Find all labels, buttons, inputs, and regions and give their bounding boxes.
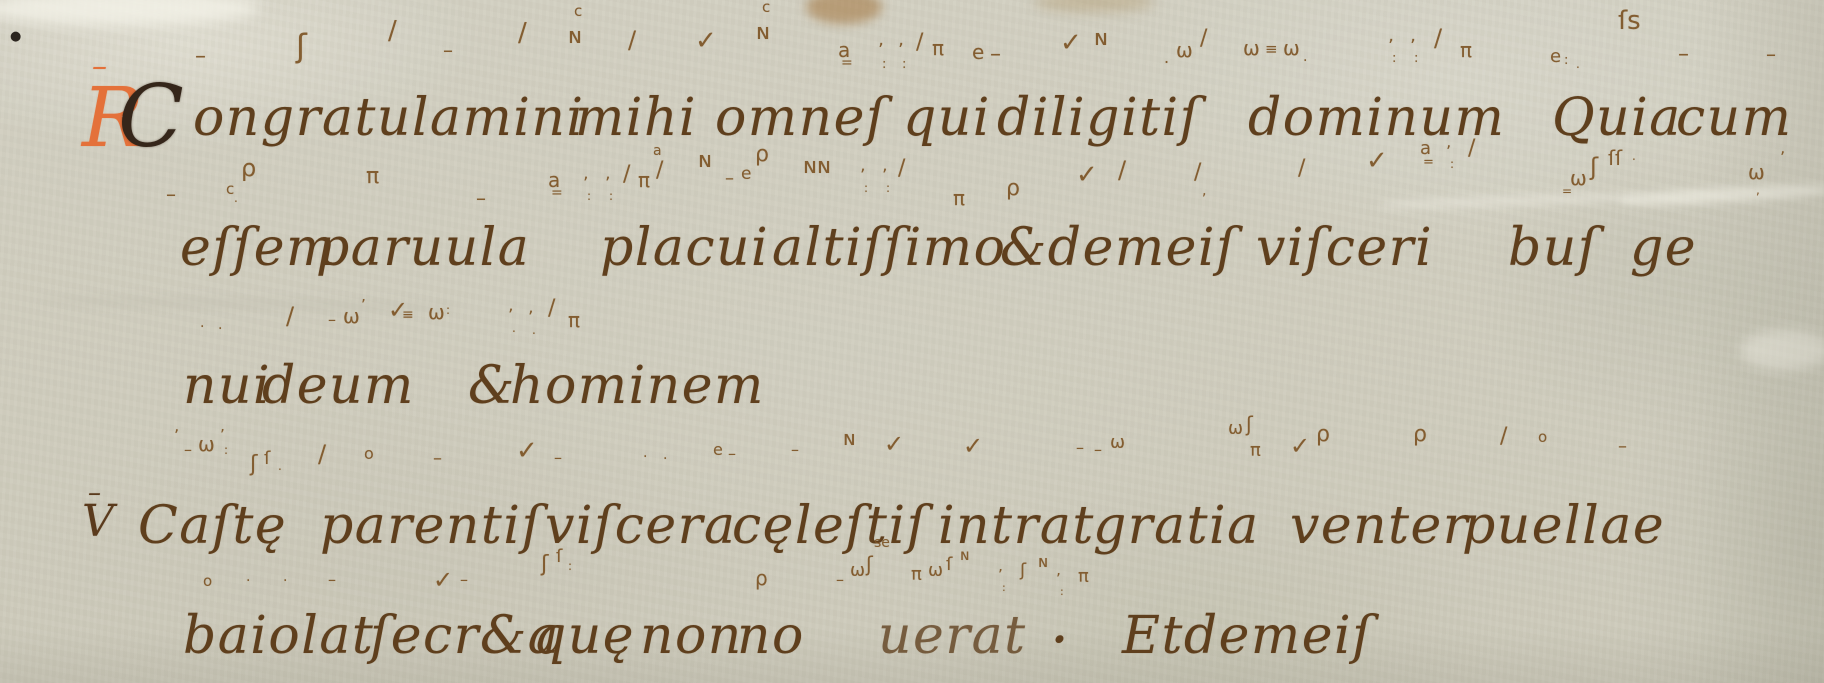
text-word: buſ — [1508, 222, 1599, 274]
neume-glyph: π — [568, 310, 580, 330]
neume-glyph: ✓ — [884, 432, 904, 456]
neume-glyph: c — [762, 0, 770, 15]
neume-glyph: . — [1164, 50, 1169, 66]
text-word: quę — [533, 610, 635, 662]
neume-glyph: – — [476, 188, 486, 208]
neume-glyph: . — [1303, 50, 1307, 64]
neume-glyph: ω — [1243, 38, 1260, 58]
neume-glyph: / — [1468, 138, 1475, 160]
neume-glyph: . — [663, 448, 667, 462]
marker-glyph: V — [82, 500, 115, 544]
neume-glyph: π — [366, 166, 379, 188]
neume-glyph: / — [656, 160, 663, 182]
neume-glyph: / — [1298, 158, 1305, 180]
text-word: dominum — [1248, 92, 1505, 144]
light-glyph: uerat — [878, 610, 1027, 662]
neume-glyph: ✓ — [695, 28, 717, 54]
neume-glyph: ɴ — [960, 548, 970, 563]
neume-glyph: ʃ — [296, 30, 307, 62]
neume-glyph: ρ — [241, 156, 256, 180]
neume-glyph: . — [283, 570, 287, 584]
text-word: mihi — [575, 92, 697, 144]
text-word: cęleſtiſ — [732, 500, 927, 552]
neume-glyph: . — [1576, 58, 1580, 70]
neume-glyph: ʃ — [1590, 155, 1598, 179]
text-word: diligitiſ — [997, 92, 1200, 144]
neume-glyph: : — [1392, 52, 1396, 65]
text-word: viſcera — [545, 500, 737, 552]
neume-glyph: , — [1202, 184, 1206, 198]
text-word: placui — [600, 222, 769, 274]
neume-glyph: ≡ — [1265, 42, 1278, 57]
neume-glyph: e — [713, 442, 723, 458]
white-patch-top-left — [0, 0, 260, 26]
neume-glyph: ʃ — [1246, 414, 1253, 434]
neume-glyph: ρ — [1316, 424, 1330, 446]
faint-stain-top-right — [1034, 0, 1154, 12]
neume-glyph: – — [195, 46, 206, 68]
neume-glyph: ʼ — [220, 428, 225, 443]
text-word: omneſ — [715, 92, 887, 144]
text-word: puellae — [1462, 500, 1665, 552]
neume-glyph: c — [574, 4, 582, 19]
neume-glyph: / — [318, 442, 326, 466]
neume-glyph: : — [1002, 582, 1006, 593]
neume-glyph: ſſ — [1608, 148, 1622, 168]
neume-glyph: ✓ — [1060, 30, 1082, 56]
neume-glyph: / — [898, 158, 905, 180]
text-word: gratia — [1093, 500, 1260, 552]
neume-glyph: – — [1094, 442, 1102, 458]
neume-glyph: . — [643, 446, 647, 460]
neume-glyph: / — [1118, 158, 1126, 182]
neume-glyph: ρ — [1006, 178, 1020, 200]
text-word: viſceri — [1256, 222, 1433, 274]
neume-glyph: – — [725, 170, 734, 188]
neume-glyph: : — [609, 190, 613, 202]
neume-glyph: . — [200, 316, 204, 330]
neume-glyph: e — [1550, 48, 1561, 66]
neume-glyph: – — [791, 442, 799, 458]
neume-glyph: ω — [850, 562, 865, 580]
text-word: cum — [1676, 92, 1792, 144]
neume-glyph: – — [1076, 440, 1084, 456]
neume-glyph: – — [1618, 438, 1627, 456]
neume-glyph: / — [628, 28, 636, 52]
neume-glyph: – — [990, 44, 1001, 66]
text-word: baiolat — [183, 610, 374, 662]
neume-glyph: se — [874, 536, 890, 550]
neume-glyph: : — [224, 444, 228, 456]
initial-glyph: C — [118, 74, 184, 160]
neume-glyph: . — [1632, 150, 1636, 162]
text-word: altiſſimo — [772, 222, 1006, 274]
neume-glyph: π — [638, 170, 650, 190]
neume-glyph: / — [518, 20, 527, 46]
neume-glyph: / — [1194, 162, 1201, 184]
neume-glyph: π — [932, 38, 944, 58]
text-word: nui — [183, 360, 271, 412]
text-word: Quia — [1552, 92, 1682, 144]
neume-glyph: : — [568, 560, 572, 572]
neume-glyph: π — [1460, 40, 1472, 60]
neume-glyph: ω — [428, 302, 445, 322]
neume-glyph: – — [460, 572, 468, 588]
neume-glyph: – — [1766, 44, 1776, 64]
manuscript-page: ●–RCongratulaminimihiomneſquidiligitiſdo… — [0, 0, 1824, 683]
neume-glyph: ɴ — [1038, 554, 1048, 570]
neume-glyph: π — [1078, 568, 1089, 586]
inkdot-glyph: ● — [10, 30, 23, 43]
text-word: qui — [903, 92, 991, 144]
neume-glyph: ω — [1283, 38, 1300, 58]
neume-glyph: ✓ — [433, 568, 453, 592]
neume-glyph: ✓ — [1290, 434, 1310, 458]
neume-glyph: ≡ — [402, 308, 414, 322]
neume-glyph: e — [972, 42, 984, 62]
text-word: eſſem — [180, 222, 337, 274]
neume-glyph: ✓ — [1076, 162, 1098, 188]
neume-glyph: ɴ — [843, 428, 856, 448]
neume-glyph: ſ — [556, 548, 562, 566]
neume-glyph: , — [1756, 184, 1760, 196]
neume-glyph: / — [388, 18, 397, 44]
neume-glyph: ω — [1176, 40, 1193, 60]
neume-glyph: ɴ — [568, 26, 582, 48]
neume-glyph: ✓ — [1366, 148, 1388, 174]
text-word: · — [1050, 610, 1071, 670]
neume-glyph: . — [512, 322, 516, 334]
text-word: non — [640, 610, 743, 662]
neume-glyph: . — [278, 460, 282, 472]
neume-glyph: – — [443, 40, 453, 60]
neume-glyph: : — [882, 58, 886, 71]
text-word: Etdemeiſ — [1122, 610, 1373, 662]
neume-glyph: : — [886, 182, 890, 194]
neume-glyph: . — [218, 318, 222, 332]
neume-glyph: ɴ — [756, 22, 770, 44]
neume-glyph: : — [587, 190, 591, 202]
brown-stain-top — [806, 0, 882, 24]
neume-glyph: . — [246, 570, 250, 584]
neume-glyph: / — [623, 164, 630, 186]
neume-glyph: ɴɴ — [803, 156, 831, 178]
text-word: paruula — [316, 222, 530, 274]
neume-glyph: π — [1250, 442, 1261, 460]
neume-glyph: / — [1200, 28, 1207, 50]
neume-glyph: – — [328, 312, 336, 328]
neume-glyph: ✓ — [963, 434, 983, 458]
neume-glyph: ʼ — [174, 428, 179, 444]
neume-glyph: ρ — [755, 144, 769, 166]
text-word: ongratulamini — [193, 92, 585, 144]
neume-glyph: : — [864, 182, 868, 194]
neume-glyph: ω — [1570, 168, 1587, 188]
text-word: hominem — [510, 360, 765, 412]
neume-glyph: π — [953, 188, 965, 208]
neume-glyph: e — [741, 166, 751, 183]
neume-glyph: . — [532, 324, 536, 336]
neume-glyph: – — [1678, 44, 1689, 66]
text-word: ge — [1630, 222, 1697, 274]
neume-glyph: – — [728, 446, 736, 462]
neume-glyph: – — [836, 572, 844, 588]
text-word: venter — [1290, 500, 1469, 552]
neume-glyph: ʼ — [361, 298, 366, 313]
neume-glyph: = — [841, 56, 853, 70]
neume-glyph: : — [1060, 586, 1064, 597]
text-word: no — [737, 610, 805, 662]
neume-glyph: ω — [1748, 162, 1765, 182]
neume-glyph: : — [1564, 54, 1568, 67]
neume-glyph: : — [902, 58, 906, 71]
neume-glyph: ſs — [1618, 8, 1641, 34]
neume-glyph: / — [1500, 426, 1507, 448]
neume-glyph: / — [1434, 26, 1442, 50]
neume-glyph: ω — [1228, 420, 1243, 438]
neume-glyph: – — [433, 450, 442, 468]
neume-glyph: ρ — [1413, 424, 1427, 446]
neume-glyph: ɴ — [698, 150, 712, 172]
neume-glyph: ʃ — [1020, 562, 1026, 580]
text-word: & — [468, 360, 516, 412]
neume-glyph: ʃ — [250, 454, 257, 476]
neume-glyph: ρ — [755, 568, 768, 588]
text-word: parentiſ — [320, 500, 542, 552]
neume-glyph: : — [1414, 52, 1418, 65]
neume-glyph: ɴ — [1094, 28, 1108, 50]
neume-glyph: ω — [198, 434, 215, 454]
neume-glyph: ω — [1110, 434, 1125, 452]
neume-glyph: ʃ — [866, 554, 873, 574]
neume-glyph: . — [234, 192, 238, 204]
neume-glyph: c — [226, 182, 234, 197]
text-word: &demeiſ — [1000, 222, 1237, 274]
neume-glyph: – — [328, 572, 336, 588]
neume-glyph: / — [286, 304, 294, 328]
neume-glyph: – — [554, 450, 562, 466]
neume-glyph: = — [551, 186, 563, 200]
neume-glyph: – — [166, 184, 176, 204]
neume-glyph: : — [446, 304, 450, 316]
neume-glyph: / — [548, 298, 555, 320]
neume-glyph: : — [1450, 158, 1454, 170]
neume-glyph: o — [1538, 430, 1547, 445]
neume-glyph: ſ — [946, 556, 952, 574]
text-word: Caſtę — [138, 500, 287, 552]
neume-glyph: ✓ — [516, 438, 538, 464]
neume-glyph: ω — [343, 306, 360, 326]
neume-glyph: π — [911, 566, 922, 584]
neume-glyph: ʃ — [541, 554, 548, 576]
neume-glyph: = — [1423, 156, 1434, 169]
neume-glyph: / — [916, 32, 923, 54]
parchment-shine-right — [1740, 330, 1824, 370]
neume-glyph: – — [184, 442, 192, 458]
text-word: deum — [262, 360, 415, 412]
text-word: intrat — [938, 500, 1095, 552]
text-word: ſecr&a — [370, 610, 560, 662]
parchment-crease-highlight — [1380, 191, 1640, 210]
parchment-crease-highlight-right — [1620, 183, 1824, 208]
neume-glyph: ω — [928, 562, 943, 580]
neume-glyph: ſ — [264, 450, 270, 468]
neume-glyph: ʼ — [1780, 150, 1785, 166]
neume-glyph: o — [203, 574, 212, 589]
neume-glyph: a — [653, 144, 662, 158]
neume-glyph: o — [364, 446, 374, 462]
